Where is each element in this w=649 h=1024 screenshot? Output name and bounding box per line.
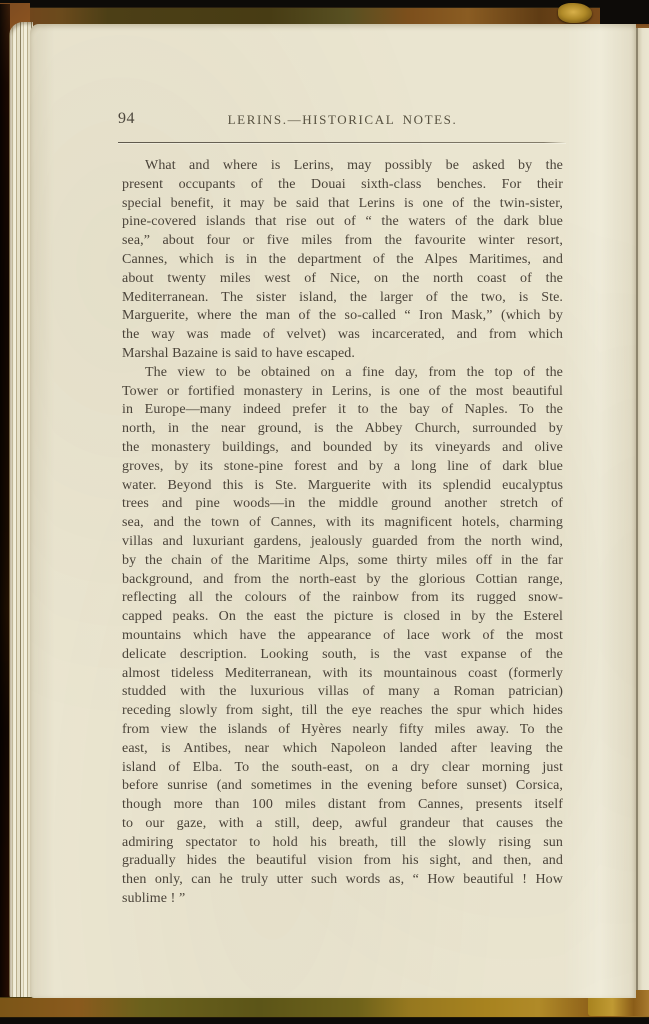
text-line: to our gaze, with a still, deep, awful g… [122, 815, 563, 834]
book-page: 94 LERINS.—HISTORICAL NOTES. What and wh… [30, 24, 636, 998]
text-line: trees and pine woods—in the middle groun… [122, 495, 563, 514]
text-line: pine-covered islands that rise out of “ … [122, 213, 563, 232]
text-line: then only, can he truly utter such words… [122, 871, 563, 890]
body-text: What and where is Lerins, may possibly b… [122, 157, 563, 909]
text-line: water. Beyond this is Ste. Marguerite wi… [122, 477, 563, 496]
text-line: capped peaks. On the east the picture is… [122, 608, 563, 627]
text-line: receding slowly from sight, till the eye… [122, 702, 563, 721]
running-title: LERINS.—HISTORICAL NOTES. [122, 112, 563, 128]
text-line: Mediterranean. The sister island, the la… [122, 289, 563, 308]
text-line: though more than 100 miles distant from … [122, 796, 563, 815]
text-line: the monastery buildings, and bounded by … [122, 439, 563, 458]
text-line: sea, and the town of Cannes, with its ma… [122, 514, 563, 533]
right-page-edge [636, 28, 649, 990]
page-header: 94 LERINS.—HISTORICAL NOTES. [30, 108, 636, 132]
text-line: groves, by its stone-pine forest and by … [122, 458, 563, 477]
text-line: almost tideless Mediterranean, with its … [122, 665, 563, 684]
header-rule [118, 142, 566, 143]
text-line: Tower or fortified monastery in Lerins, … [122, 383, 563, 402]
gilt-headband-ornament [558, 3, 592, 23]
text-line: sea,” about four or five miles from the … [122, 232, 563, 251]
text-line: What and where is Lerins, may possibly b… [122, 157, 563, 176]
text-line: the way was made of velvet) was incarcer… [122, 326, 563, 345]
text-line: villas and luxuriant gardens, jealously … [122, 533, 563, 552]
text-line: Cannes, which is in the department of th… [122, 251, 563, 270]
text-line: delicate description. Looking south, is … [122, 646, 563, 665]
text-line: Marguerite, where the man of the so-call… [122, 307, 563, 326]
text-line: background, and from the north-east by t… [122, 571, 563, 590]
text-line: by the chain of the Maritime Alps, some … [122, 552, 563, 571]
text-line: east, is Antibes, near which Napoleon la… [122, 740, 563, 759]
book-cover-bottom-edge [0, 997, 649, 1018]
text-line: in Europe—many indeed prefer it to the b… [122, 401, 563, 420]
paragraph: What and where is Lerins, may possibly b… [122, 157, 563, 364]
text-line: present occupants of the Douai sixth-cla… [122, 176, 563, 195]
text-line: island of Elba. To the south-east, on a … [122, 759, 563, 778]
text-line: mountains which have the appearance of l… [122, 627, 563, 646]
text-line: The view to be obtained on a fine day, f… [122, 364, 563, 383]
text-line: from view the islands of Hyères nearly f… [122, 721, 563, 740]
text-line: north, in the near ground, is the Abbey … [122, 420, 563, 439]
text-line: studded with the luxurious villas of man… [122, 683, 563, 702]
text-line: before sunrise (and sometimes in the eve… [122, 777, 563, 796]
text-line: gradually hides the beautiful vision fro… [122, 852, 563, 871]
text-line: reflecting all the colours of the rainbo… [122, 589, 563, 608]
text-line: Marshal Bazaine is said to have escaped. [122, 345, 563, 364]
text-line: about twenty miles west of Nice, on the … [122, 270, 563, 289]
text-line: admiring spectator to hold his breath, t… [122, 834, 563, 853]
text-line: special benefit, it may be said that Ler… [122, 195, 563, 214]
paragraph: The view to be obtained on a fine day, f… [122, 364, 563, 909]
text-line: sublime ! ” [122, 890, 563, 909]
